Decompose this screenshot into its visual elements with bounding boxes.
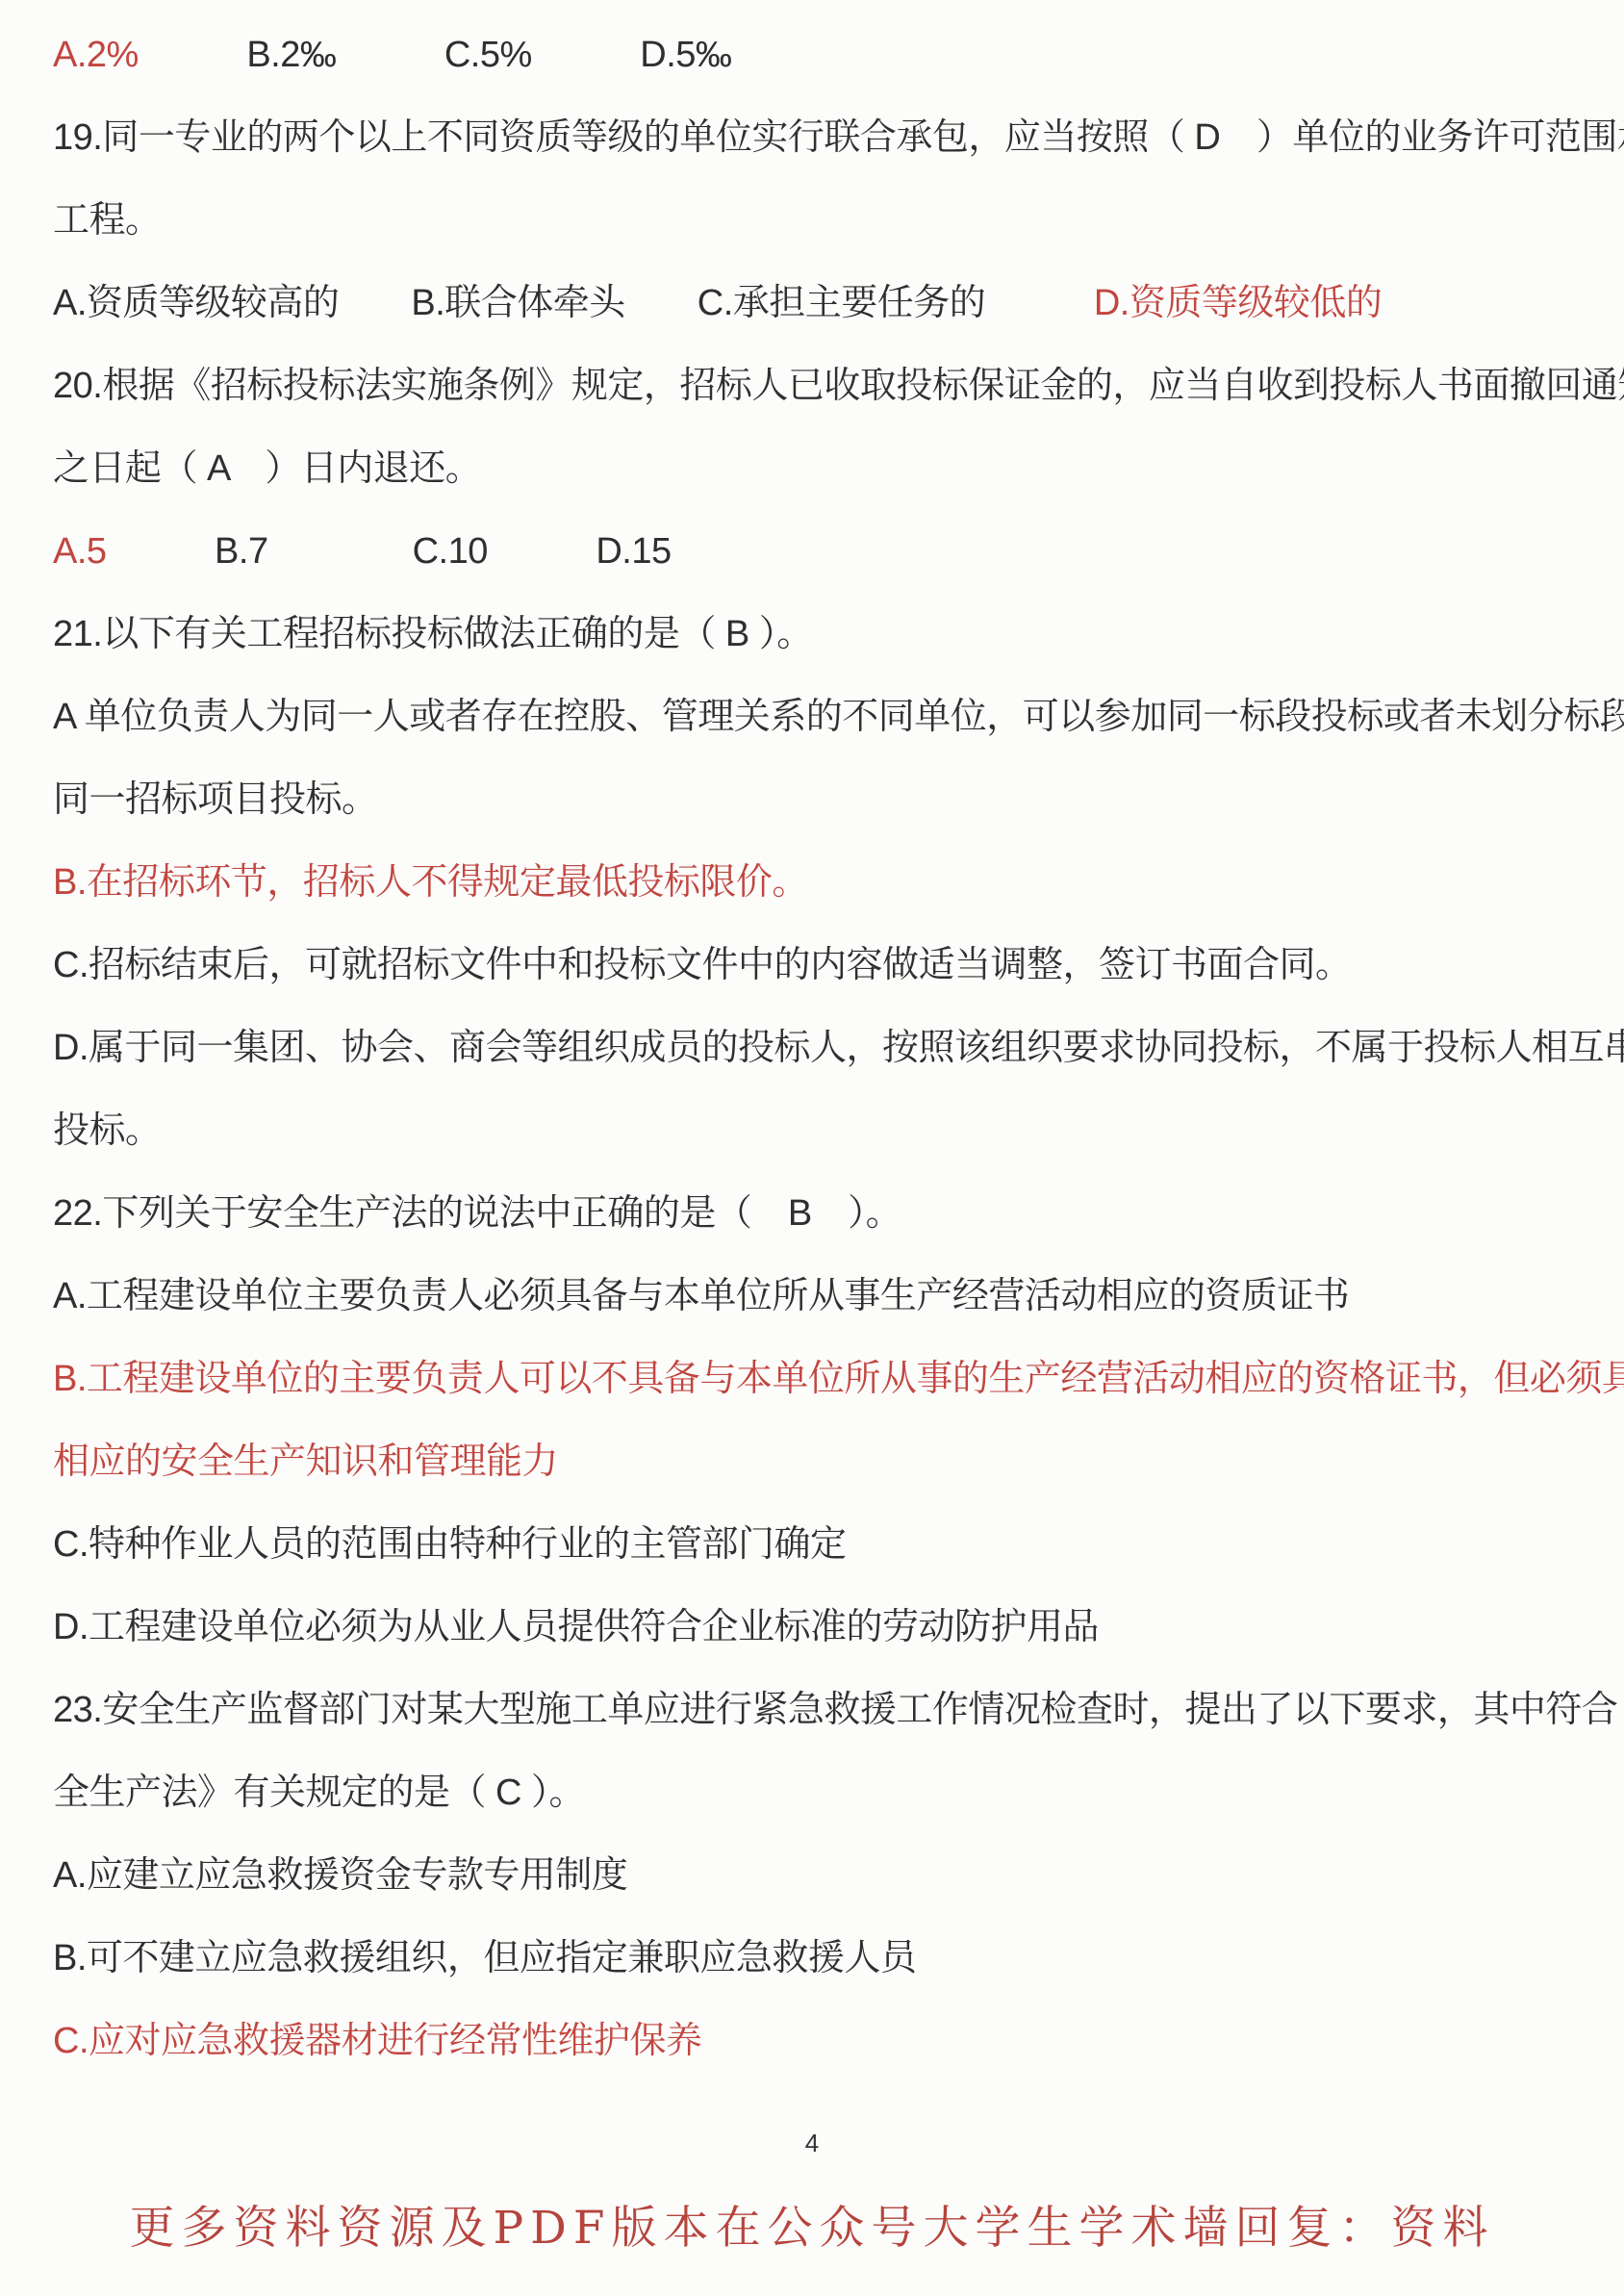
answer-highlight: B.工程建设单位的主要负责人可以不具备与本单位所从事的生产经营活动相应的资格证书…: [53, 1361, 1624, 1397]
answer-highlight: B.在招标环节，招标人不得规定最低投标限价。: [53, 864, 808, 901]
text-line: 全生产法》有关规定的是（ C ）。: [53, 1751, 1578, 1834]
text-segment: A 单位负责人为同一人或者存在控股、管理关系的不同单位，可以参加同一标段投标或者…: [53, 699, 1624, 735]
text-line: A.2% B.2‰ C.5% D.5‰: [53, 13, 1578, 96]
answer-highlight: A.2%: [53, 37, 139, 73]
text-segment: D.工程建设单位必须为从业人员提供符合企业标准的劳动防护用品: [53, 1609, 1099, 1645]
text-line: B.可不建立应急救援组织，但应指定兼职应急救援人员: [53, 1917, 1578, 2000]
text-segment: 20.根据《招标投标法实施条例》规定，招标人已收取投标保证金的，应当自收到投标人…: [53, 368, 1624, 404]
answer-highlight: D.资质等级较低的: [1094, 285, 1383, 321]
text-segment: 21.以下有关工程招标投标做法正确的是（ B ）。: [53, 616, 813, 652]
text-line: C.招标结束后，可就招标文件中和投标文件中的内容做适当调整，签订书面合同。: [53, 924, 1578, 1007]
text-segment: A.应建立应急救援资金专款专用制度: [53, 1857, 627, 1894]
answer-highlight: A.5: [53, 533, 107, 570]
text-segment: C.招标结束后，可就招标文件中和投标文件中的内容做适当调整，签订书面合同。: [53, 947, 1352, 983]
text-line: 23.安全生产监督部门对某大型施工单应进行紧急救援工作情况检查时，提出了以下要求…: [53, 1669, 1578, 1751]
text-segment: 全生产法》有关规定的是（ C ）。: [53, 1774, 585, 1811]
text-segment: A.资质等级较高的 B.联合体牵头 C.承担主要任务的: [53, 285, 1094, 321]
text-segment: B.2‰ C.5% D.5‰: [139, 37, 732, 73]
text-segment: B.可不建立应急救援组织，但应指定兼职应急救援人员: [53, 1940, 916, 1977]
text-line: C.特种作业人员的范围由特种行业的主管部门确定: [53, 1503, 1578, 1586]
text-segment: A.工程建设单位主要负责人必须具备与本单位所从事生产经营活动相应的资质证书: [53, 1278, 1349, 1314]
text-segment: 23.安全生产监督部门对某大型施工单应进行紧急救援工作情况检查时，提出了以下要求…: [53, 1692, 1624, 1728]
text-segment: 同一招标项目投标。: [53, 781, 378, 818]
text-line: D.工程建设单位必须为从业人员提供符合企业标准的劳动防护用品: [53, 1586, 1578, 1669]
text-line: 之日起（ A ）日内退还。: [53, 427, 1578, 510]
answer-highlight: 相应的安全生产知识和管理能力: [53, 1443, 558, 1480]
text-segment: B.7 C.10 D.15: [107, 533, 672, 570]
text-line: 同一招标项目投标。: [53, 758, 1578, 841]
text-segment: 之日起（ A ）日内退还。: [53, 450, 481, 487]
text-line: D.属于同一集团、协会、商会等组织成员的投标人，按照该组织要求协同投标，不属于投…: [53, 1007, 1578, 1089]
exam-page: A.2% B.2‰ C.5% D.5‰19.同一专业的两个以上不同资质等级的单位…: [0, 0, 1624, 2296]
text-line: 投标。: [53, 1089, 1578, 1172]
text-line: C.应对应急救援器材进行经常性维护保养: [53, 2000, 1578, 2082]
text-line: 20.根据《招标投标法实施条例》规定，招标人已收取投标保证金的，应当自收到投标人…: [53, 344, 1578, 427]
text-line: 22.下列关于安全生产法的说法中正确的是（ B ）。: [53, 1172, 1578, 1255]
footer-promo-text: 更多资料资源及PDF版本在公众号大学生学术墙回复：资料: [0, 2192, 1624, 2257]
text-line: 21.以下有关工程招标投标做法正确的是（ B ）。: [53, 593, 1578, 676]
text-line: A.资质等级较高的 B.联合体牵头 C.承担主要任务的 D.资质等级较低的: [53, 262, 1578, 344]
text-line: A 单位负责人为同一人或者存在控股、管理关系的不同单位，可以参加同一标段投标或者…: [53, 676, 1578, 758]
text-segment: 19.同一专业的两个以上不同资质等级的单位实行联合承包，应当按照（ D ）单位的…: [53, 119, 1624, 156]
page-number: 4: [0, 2129, 1624, 2158]
document-lines: A.2% B.2‰ C.5% D.5‰19.同一专业的两个以上不同资质等级的单位…: [53, 13, 1578, 2082]
text-line: B.工程建设单位的主要负责人可以不具备与本单位所从事的生产经营活动相应的资格证书…: [53, 1338, 1578, 1420]
answer-highlight: C.应对应急救援器材进行经常性维护保养: [53, 2023, 702, 2059]
text-segment: C.特种作业人员的范围由特种行业的主管部门确定: [53, 1526, 847, 1563]
text-line: 工程。: [53, 179, 1578, 262]
text-line: A.工程建设单位主要负责人必须具备与本单位所从事生产经营活动相应的资质证书: [53, 1255, 1578, 1338]
text-segment: 22.下列关于安全生产法的说法中正确的是（ B ）。: [53, 1195, 901, 1232]
text-segment: 投标。: [53, 1112, 162, 1149]
text-line: A.应建立应急救援资金专款专用制度: [53, 1834, 1578, 1917]
text-segment: 工程。: [53, 202, 162, 239]
text-line: A.5 B.7 C.10 D.15: [53, 510, 1578, 593]
text-line: B.在招标环节，招标人不得规定最低投标限价。: [53, 841, 1578, 924]
text-line: 19.同一专业的两个以上不同资质等级的单位实行联合承包，应当按照（ D ）单位的…: [53, 96, 1578, 179]
text-segment: D.属于同一集团、协会、商会等组织成员的投标人，按照该组织要求协同投标，不属于投…: [53, 1030, 1624, 1066]
text-line: 相应的安全生产知识和管理能力: [53, 1420, 1578, 1503]
